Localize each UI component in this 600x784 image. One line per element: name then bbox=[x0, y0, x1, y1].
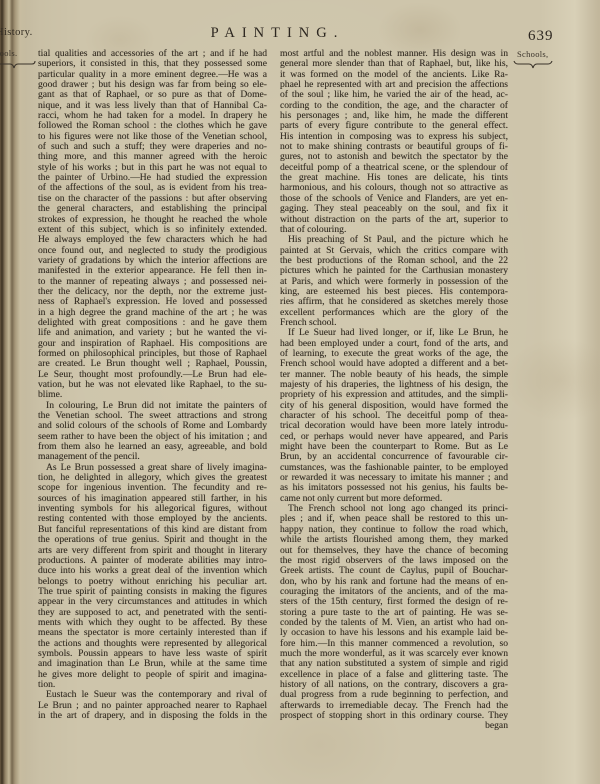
text-line: the operations of true genius. Spirit an… bbox=[38, 535, 267, 545]
text-line: pictures which he painted for the Carthu… bbox=[280, 266, 508, 276]
paragraph: As Le Brun possessed a great share of li… bbox=[38, 463, 267, 691]
book-page: History. PAINTING. 639 Schools. Schools,… bbox=[0, 0, 600, 784]
text-line: He always employed the few characters wh… bbox=[38, 235, 267, 245]
page-title: PAINTING. bbox=[175, 25, 380, 42]
text-line: Greek artists. The count de Caylus, pupi… bbox=[280, 566, 508, 576]
text-line: he gives more delight to people of spiri… bbox=[38, 670, 267, 680]
paragraph: The French school not long ago changed i… bbox=[280, 504, 508, 721]
text-column-right: most artful and the noblest manner. His … bbox=[280, 49, 508, 732]
paragraph: In colouring, Le Brun did not imitate th… bbox=[38, 401, 267, 463]
text-line: vation, but he was not elevated like Rap… bbox=[38, 380, 267, 390]
book-binding-edge bbox=[0, 0, 26, 784]
text-line: prospect of stopping short in this ordin… bbox=[280, 711, 508, 721]
text-column-left: tial qualities and accessories of the ar… bbox=[38, 49, 267, 721]
paragraph: tial qualities and accessories of the ar… bbox=[38, 49, 267, 401]
paragraph: If Le Sueur had lived longer, or if, lik… bbox=[280, 328, 508, 504]
text-line: while the artists flourished among them,… bbox=[280, 535, 508, 545]
brace-swash-icon bbox=[0, 58, 36, 70]
catchword: began bbox=[280, 721, 508, 731]
page-number: 639 bbox=[528, 28, 554, 45]
paragraph: Eustach le Sueur was the contemporary an… bbox=[38, 690, 267, 721]
text-line: gaging. They steal peaceably on the soul… bbox=[280, 204, 508, 214]
text-line: duce into his works a great deal of the … bbox=[38, 566, 267, 576]
text-line: in the art of drapery, and in disposing … bbox=[38, 711, 267, 721]
text-line: appear in the very circumstances and att… bbox=[38, 597, 267, 607]
text-line: sters of the 15th century, first formed … bbox=[280, 597, 508, 607]
running-header-left: History. bbox=[0, 27, 33, 38]
margin-note-right: Schools, bbox=[517, 49, 548, 59]
text-line: manifested in the exterior appearance. H… bbox=[38, 266, 267, 276]
margin-note-left: Schools. bbox=[0, 48, 17, 58]
text-line: His preaching of St Paul, and the pictur… bbox=[280, 235, 508, 245]
brace-swash-icon bbox=[513, 59, 553, 71]
text-line: the general characters, and establishing… bbox=[38, 204, 267, 214]
paragraph: His preaching of St Paul, and the pictur… bbox=[280, 235, 508, 328]
paragraph: most artful and the noblest manner. His … bbox=[280, 49, 508, 235]
